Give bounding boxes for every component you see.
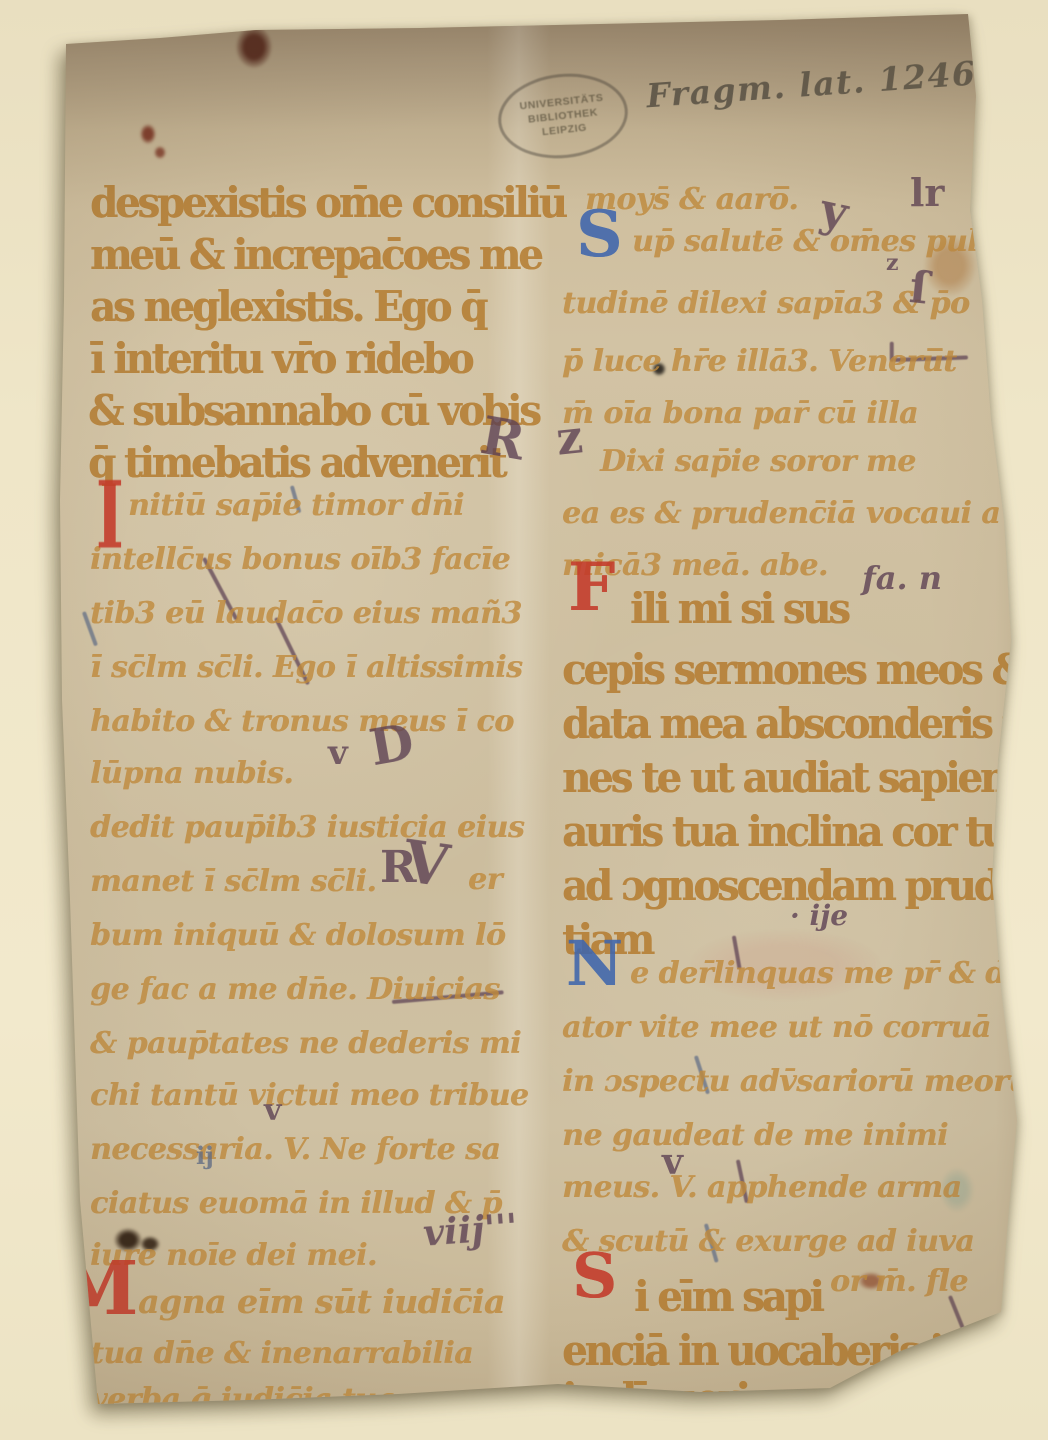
stain (140, 124, 156, 144)
manuscript-text-line: as neglexistis. Ego q̄ (90, 282, 485, 332)
library-stamp: UNIVERSITÄTS BIBLIOTHEK LEIPZIG (494, 67, 632, 164)
manuscript-text-line: tib3 eū laudac̄o eius mañ3 (90, 596, 522, 631)
manuscript-text-line: or m̄. fle (830, 1264, 968, 1299)
photo-mat: UNIVERSITÄTS BIBLIOTHEK LEIPZIG Fragm. l… (0, 0, 1048, 1440)
manuscript-text-line: cepis sermones meos & mā (562, 645, 1048, 695)
manuscript-text-line: er (468, 862, 502, 897)
manuscript-text-line: tua dn̄e & inenarrabilia (90, 1336, 473, 1371)
illuminated-initial: S (576, 206, 622, 264)
manuscript-text-line: i eīm sapi (634, 1272, 822, 1322)
margin-annotation: R (477, 410, 529, 469)
manuscript-text-line: manet ī sc̄lm sc̄li. (90, 864, 376, 899)
manuscript-text-line: Dixi sap̄ie soror me (600, 444, 916, 479)
manuscript-text-line: ator vite mee ut nō corruā (562, 1010, 991, 1045)
parchment-leaf: UNIVERSITÄTS BIBLIOTHEK LEIPZIG Fragm. l… (0, 0, 1048, 1440)
margin-annotation: v (662, 1144, 683, 1180)
manuscript-text-line: & paup̄tates ne dederis mi (90, 1026, 521, 1061)
illuminated-initial: N (566, 936, 623, 992)
manuscript-text-line: e der̄linquas me pr̄ & dn̄ (630, 956, 1027, 991)
margin-annotation: · ije (790, 902, 848, 930)
manuscript-text-line: data mea absconderis pe (562, 699, 1048, 749)
margin-annotation: fa. n (862, 562, 942, 594)
manuscript-text-line: ne gaudeat de me inimi (562, 1118, 948, 1153)
manuscript-text-line: meū & increpac̄oes me (90, 230, 541, 280)
manuscript-text-line: lūpna nubis. (90, 756, 293, 791)
manuscript-text-line: intellc̄us bonus oīb3 facīe (90, 542, 510, 577)
margin-annotation: z (886, 252, 899, 274)
manuscript-text-line: ge fac a me dn̄e. Diuicias (90, 972, 500, 1007)
margin-annotation: V (400, 832, 453, 896)
manuscript-text-line: ea es & prudenc̄iā vocaui a (562, 496, 1000, 531)
parchment-leaf-shadow: UNIVERSITÄTS BIBLIOTHEK LEIPZIG Fragm. l… (0, 0, 1048, 1440)
margin-annotation: v (264, 1096, 281, 1126)
margin-annotation: D (366, 716, 417, 773)
illuminated-initial: M (56, 1256, 138, 1323)
manuscript-text-line: habito & tronus meus ī co (90, 704, 514, 739)
manuscript-text-line: p̄ luce hr̄e illā3. Veneru̅t (562, 344, 956, 379)
manuscript-text-line: necessaria. V. Ne forte sa (90, 1132, 500, 1167)
ink-stroke (46, 371, 61, 412)
manuscript-text-line: verba q̄ iudic̄ia tua (90, 1382, 395, 1417)
manuscript-text-line: ī sc̄lm sc̄li. Ego ī altissimis (90, 650, 522, 685)
manuscript-text-line: ī interitu vr̄o ridebo (90, 334, 471, 384)
shelfmark-label: Fragm. lat. 12461 (645, 52, 1002, 116)
stain (154, 146, 166, 159)
illuminated-initial: F (568, 558, 615, 617)
manuscript-text-line: in ɔspectu adv̄sariorū meorū (562, 1064, 1030, 1099)
manuscript-text-line: dedit paup̄ib3 iusticia eius (90, 810, 524, 845)
manuscript-text-line: q̄ timebatis advenerit (88, 438, 504, 488)
manuscript-text-line: nitiū sap̄ie timor dn̄i (128, 488, 464, 523)
manuscript-text-line: m̄ oīa bona par̄ cū illa (562, 396, 918, 431)
manuscript-text-line: auris tua inclina cor tu (562, 807, 1007, 857)
margin-annotation: viij''' (422, 1209, 519, 1251)
margin-annotation: lr (910, 174, 944, 212)
margin-annotation: ij (196, 1144, 214, 1168)
manuscript-text-line: bum iniquū & dolosum lō (90, 918, 505, 953)
manuscript-text-line: chi tantū victui meo tribue (90, 1078, 528, 1113)
manuscript-text-line: despexistis om̄e consiliū (90, 178, 565, 228)
manuscript-text-line: meus. V. apphende arma (562, 1170, 961, 1205)
manuscript-text-line: ili mi si sus (630, 584, 848, 634)
margin-annotation: v (328, 736, 348, 770)
ink-stroke (948, 1295, 973, 1350)
illuminated-initial: S (572, 1248, 617, 1304)
manuscript-text-line: enciā in uocaberis ic̄ (562, 1326, 963, 1376)
manuscript-text-line: up̄ salutē & om̄es pul (632, 224, 978, 259)
margin-annotation: z (554, 413, 585, 461)
stain (236, 26, 272, 68)
ink-stroke (954, 1335, 976, 1376)
illuminated-initial: I (96, 474, 123, 558)
manuscript-text-line: agna eīm sūt iudic̄ia (138, 1282, 505, 1321)
manuscript-text-line: nes te ut audiat sapien (562, 753, 1006, 803)
manuscript-text-line: & scutū & exurge ad iuva (562, 1224, 974, 1259)
manuscript-text-line: & subsannabo cū vobis (88, 386, 539, 436)
manuscript-text-line: inclīaueris cor tuū (562, 1374, 920, 1424)
